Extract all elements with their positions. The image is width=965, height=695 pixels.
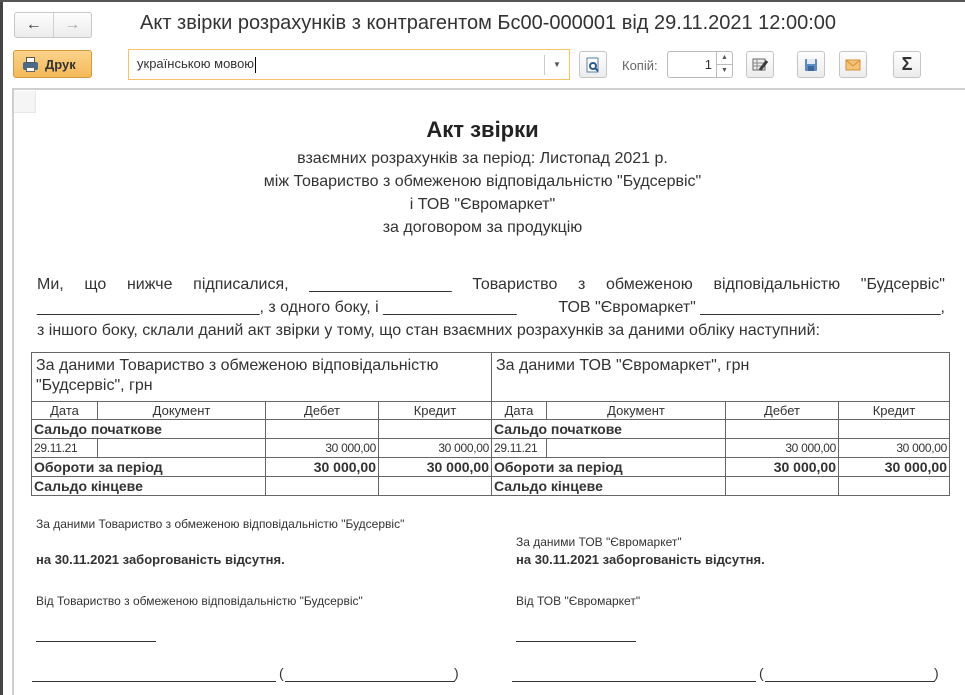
- print-button[interactable]: Друк: [13, 50, 92, 78]
- table-row-turnover: Обороти за період 30 000,00 30 000,00 Об…: [32, 458, 950, 477]
- row-credit: 30 000,00: [379, 439, 492, 458]
- row-document: [98, 439, 266, 458]
- right-name-line: [765, 681, 935, 682]
- right-party-header: За даними ТОВ "Євромаркет", грн: [492, 353, 950, 402]
- opening-balance-label: Сальдо початкове: [492, 420, 726, 439]
- row-document: [547, 439, 726, 458]
- turnover-debit: 30 000,00: [266, 458, 379, 477]
- right-by-data: За даними ТОВ "Євромаркет": [516, 535, 682, 550]
- chevron-down-icon[interactable]: ▼: [545, 60, 569, 69]
- subtitle-contract: за договором за продукцію: [0, 219, 965, 237]
- col-document: Документ: [547, 402, 726, 420]
- edit-button[interactable]: [746, 51, 774, 78]
- col-credit: Кредит: [379, 402, 492, 420]
- preview-icon: [585, 57, 601, 73]
- right-position-line: [516, 641, 636, 642]
- subtitle-between: між Товариство з обмеженою відповідальні…: [0, 173, 965, 191]
- reconciliation-table: За даними Товариство з обмеженою відпові…: [31, 352, 950, 496]
- opening-credit: [839, 420, 950, 439]
- subtitle-period: взаємних розрахунків за період: Листопад…: [0, 150, 965, 168]
- window-border: [0, 0, 3, 695]
- window-title: Акт звірки розрахунків з контрагентом Бс…: [140, 12, 836, 35]
- copies-value[interactable]: 1: [668, 52, 716, 77]
- closing-balance-label: Сальдо кінцеве: [32, 477, 266, 496]
- language-value[interactable]: українською мовою: [129, 56, 544, 73]
- left-signature-line: [32, 681, 276, 682]
- spin-up-icon[interactable]: ▲: [717, 52, 732, 65]
- email-button[interactable]: [839, 51, 867, 78]
- print-label: Друк: [45, 57, 76, 72]
- closing-credit: [839, 477, 950, 496]
- copies-label: Копій:: [622, 58, 658, 73]
- closing-debit: [726, 477, 839, 496]
- spin-down-icon[interactable]: ▼: [717, 65, 732, 77]
- printer-icon: [22, 56, 39, 72]
- intro-line-1: Ми,щонижчепідписалися,________________То…: [37, 276, 945, 294]
- row-debit: 30 000,00: [726, 439, 839, 458]
- copies-stepper[interactable]: 1 ▲ ▼: [667, 51, 733, 78]
- row-debit: 30 000,00: [266, 439, 379, 458]
- opening-debit: [726, 420, 839, 439]
- col-document: Документ: [98, 402, 266, 420]
- opening-balance-label: Сальдо початкове: [32, 420, 266, 439]
- turnover-debit: 30 000,00: [726, 458, 839, 477]
- navigation-buttons: ← →: [14, 12, 92, 38]
- left-paren-open: (: [279, 665, 284, 681]
- right-paren-close: ): [934, 665, 939, 681]
- left-from: Від Товариство з обмеженою відповідальні…: [36, 594, 363, 609]
- sum-icon: Σ: [902, 54, 913, 75]
- table-row-closing-balance: Сальдо кінцеве Сальдо кінцеве: [32, 477, 950, 496]
- text-cursor: [255, 57, 256, 73]
- preview-button[interactable]: [579, 51, 607, 78]
- left-by-data: За даними Товариство з обмеженою відпові…: [36, 517, 436, 532]
- language-select[interactable]: українською мовою ▼: [128, 49, 570, 80]
- right-signature-line: [512, 681, 756, 682]
- row-date: 29.11.21: [492, 439, 547, 458]
- left-name-line: [285, 681, 455, 682]
- left-paren-close: ): [454, 665, 459, 681]
- row-date: 29.11.21: [32, 439, 98, 458]
- col-date: Дата: [492, 402, 547, 420]
- closing-debit: [266, 477, 379, 496]
- forward-button[interactable]: →: [54, 13, 92, 37]
- sum-button[interactable]: Σ: [893, 51, 921, 78]
- table-column-header-row: Дата Документ Дебет Кредит Дата Документ…: [32, 402, 950, 420]
- table-row: 29.11.21 30 000,00 30 000,00 29.11.21 30…: [32, 439, 950, 458]
- col-debit: Дебет: [266, 402, 379, 420]
- intro-line-3: з іншого боку, склали даний акт звірки у…: [37, 322, 945, 340]
- closing-credit: [379, 477, 492, 496]
- edit-icon: [752, 57, 768, 73]
- right-debt-status: на 30.11.2021 заборгованість відсутня.: [516, 552, 765, 567]
- spin-buttons[interactable]: ▲ ▼: [716, 52, 732, 77]
- save-button[interactable]: [797, 51, 825, 78]
- right-from: Від ТОВ "Євромаркет": [516, 594, 640, 609]
- subtitle-and: і ТОВ "Євромаркет": [0, 196, 965, 214]
- intro-line-2: _________________________, з одного боку…: [37, 299, 945, 317]
- left-debt-status: на 30.11.2021 заборгованість відсутня.: [36, 552, 285, 567]
- right-paren-open: (: [759, 665, 764, 681]
- row-credit: 30 000,00: [839, 439, 950, 458]
- turnover-credit: 30 000,00: [839, 458, 950, 477]
- document-title: Акт звірки: [0, 117, 965, 143]
- table-row-opening-balance: Сальдо початкове Сальдо початкове: [32, 420, 950, 439]
- col-date: Дата: [32, 402, 98, 420]
- opening-credit: [379, 420, 492, 439]
- window-top-border: [0, 0, 965, 2]
- turnover-label: Обороти за період: [492, 458, 726, 477]
- left-party-header: За даними Товариство з обмеженою відпові…: [32, 353, 492, 402]
- left-position-line: [36, 641, 156, 642]
- table-party-header-row: За даними Товариство з обмеженою відпові…: [32, 353, 950, 402]
- col-debit: Дебет: [726, 402, 839, 420]
- sheet-corner: [14, 91, 36, 113]
- opening-debit: [266, 420, 379, 439]
- arrow-right-icon: →: [64, 16, 80, 34]
- arrow-left-icon: ←: [26, 16, 42, 34]
- turnover-credit: 30 000,00: [379, 458, 492, 477]
- email-icon: [845, 57, 861, 73]
- save-icon: [803, 57, 819, 73]
- turnover-label: Обороти за період: [32, 458, 266, 477]
- closing-balance-label: Сальдо кінцеве: [492, 477, 726, 496]
- col-credit: Кредит: [839, 402, 950, 420]
- back-button[interactable]: ←: [15, 13, 54, 37]
